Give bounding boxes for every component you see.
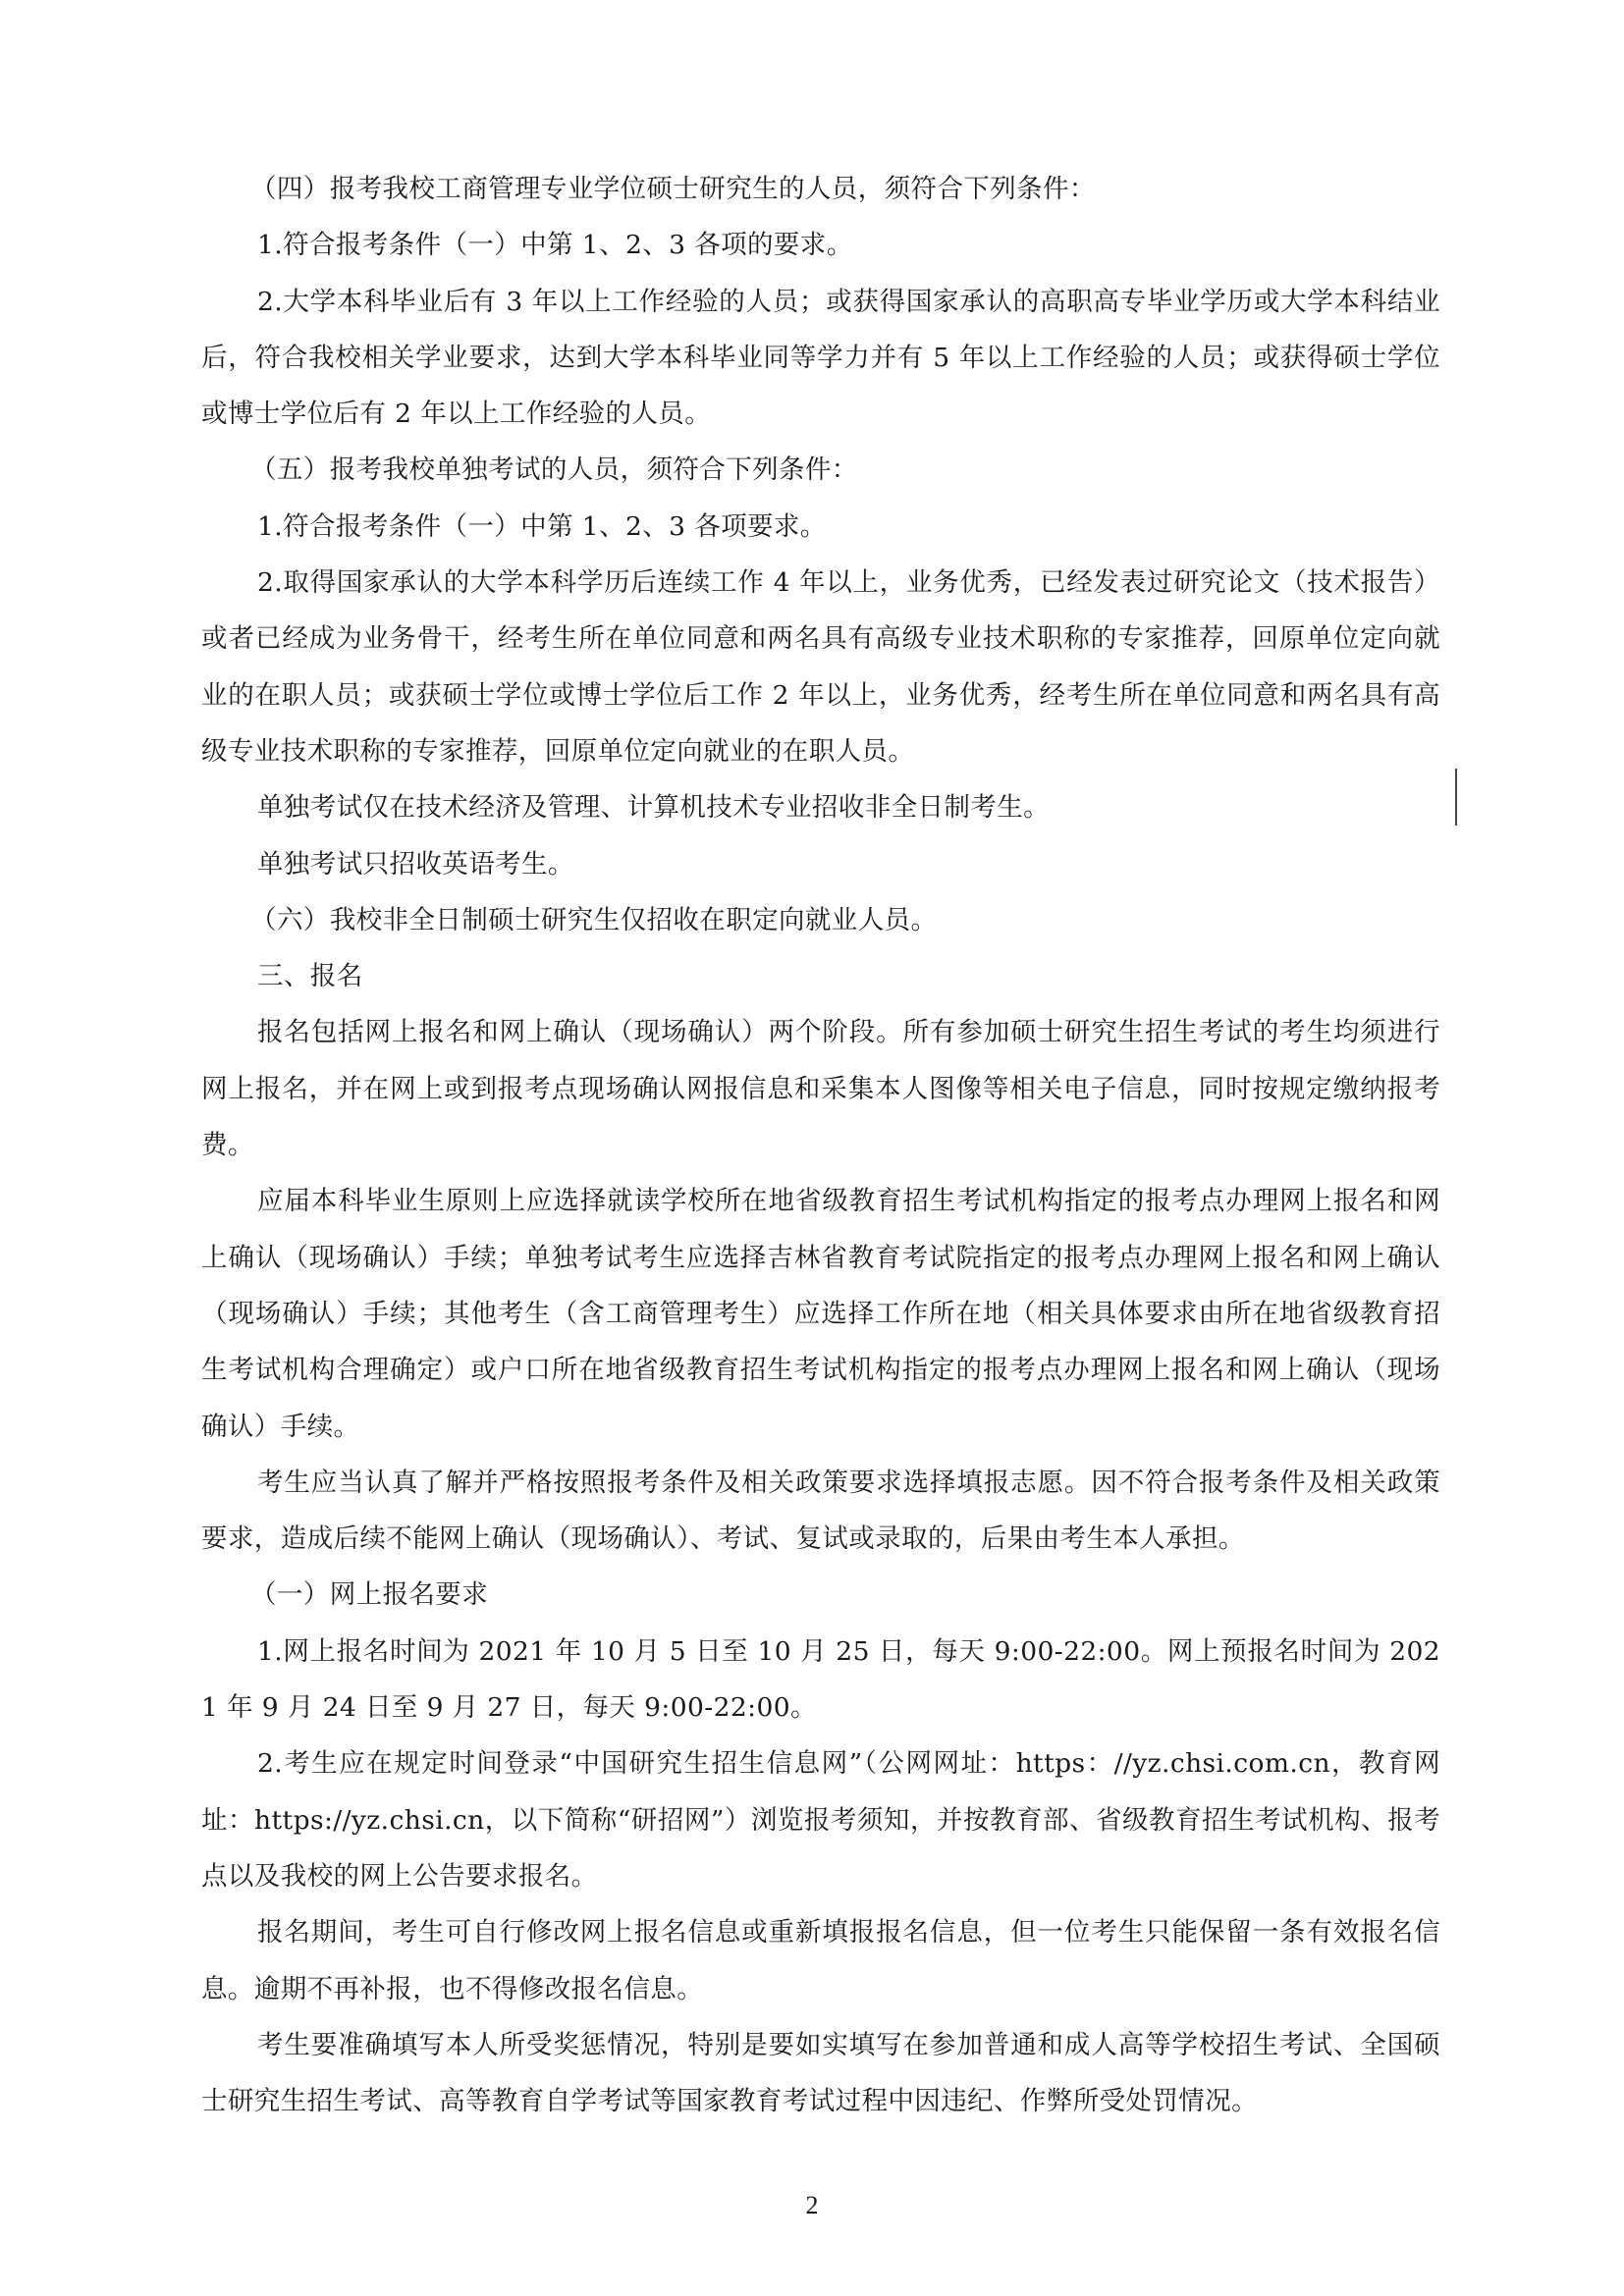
paragraph: 报名包括网上报名和网上确认（现场确认）两个阶段。所有参加硕士研究生招生考试的考生…: [201, 1004, 1440, 1173]
paragraph: 2.取得国家承认的大学本科学历后连续工作 4 年以上，业务优秀，已经发表过研究论…: [201, 555, 1440, 779]
paragraph: 1.符合报考条件（一）中第 1、2、3 各项的要求。: [201, 217, 1440, 273]
text-cursor-mark: [1455, 769, 1457, 826]
page-number: 2: [0, 2191, 1624, 2220]
paragraph: 单独考试只招收英语考生。: [201, 836, 1440, 892]
paragraph: 单独考试仅在技术经济及管理、计算机技术专业招收非全日制考生。: [201, 779, 1440, 835]
section-heading-6: （六）我校非全日制硕士研究生仅招收在职定向就业人员。: [201, 892, 1440, 948]
paragraph: 考生要准确填写本人所受奖惩情况，特别是要如实填写在参加普通和成人高等学校招生考试…: [201, 2017, 1440, 2130]
document-body: （四）报考我校工商管理专业学位硕士研究生的人员，须符合下列条件： 1.符合报考条…: [201, 161, 1440, 2129]
paragraph: 2.大学本科毕业后有 3 年以上工作经验的人员；或获得国家承认的高职高专毕业学历…: [201, 274, 1440, 443]
paragraph: 1.网上报名时间为 2021 年 10 月 5 日至 10 月 25 日，每天 …: [201, 1624, 1440, 1736]
paragraph: 应届本科毕业生原则上应选择就读学校所在地省级教育招生考试机构指定的报考点办理网上…: [201, 1173, 1440, 1454]
paragraph: 2.考生应在规定时间登录“中国研究生招生信息网”（公网网址：https：//yz…: [201, 1735, 1440, 1904]
paragraph: 考生应当认真了解并严格按照报考条件及相关政策要求选择填报志愿。因不符合报考条件及…: [201, 1455, 1440, 1568]
section-heading-4: （四）报考我校工商管理专业学位硕士研究生的人员，须符合下列条件：: [201, 161, 1440, 217]
document-page: （四）报考我校工商管理专业学位硕士研究生的人员，须符合下列条件： 1.符合报考条…: [0, 0, 1624, 2296]
section-heading-5: （五）报考我校单独考试的人员，须符合下列条件：: [201, 442, 1440, 498]
paragraph: 报名期间，考生可自行修改网上报名信息或重新填报报名信息，但一位考生只能保留一条有…: [201, 1904, 1440, 2017]
section-title-registration: 三、报名: [201, 948, 1440, 1004]
paragraph: 1.符合报考条件（一）中第 1、2、3 各项要求。: [201, 499, 1440, 555]
subsection-heading-online-registration: （一）网上报名要求: [201, 1567, 1440, 1623]
